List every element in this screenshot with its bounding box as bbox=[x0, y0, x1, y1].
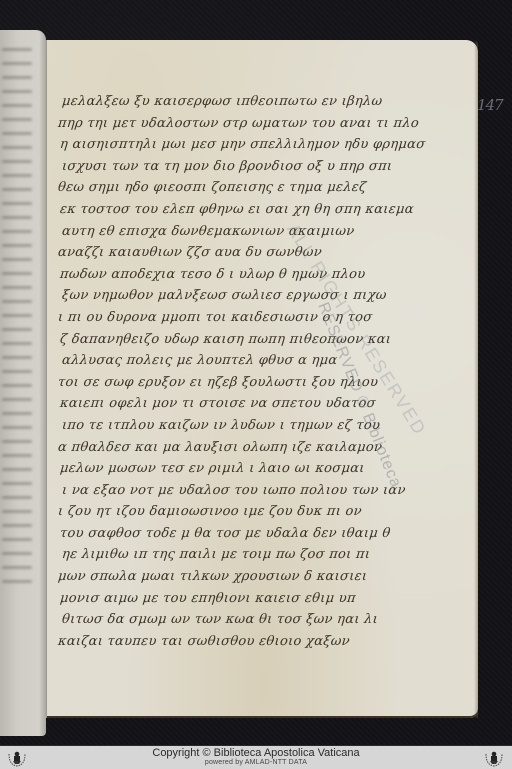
manuscript-line: θεω σημι ηδο φιεοσπι ζοπεισης ε τημα μελ… bbox=[60, 180, 440, 202]
folio-number: 147 bbox=[477, 96, 503, 114]
bleed-through-line bbox=[2, 216, 32, 219]
bleed-through-line bbox=[2, 356, 32, 359]
manuscript-line-text: αναζζι καιαυθιων ζζσ αυα δυ σωνθων bbox=[57, 245, 322, 260]
bleed-through-line bbox=[2, 244, 32, 247]
bleed-through-line bbox=[2, 286, 32, 289]
image-viewer[interactable]: 147 μελαλξεω ξυ καισερφωσ ιπθεοιπωτω εν … bbox=[0, 0, 512, 745]
manuscript-line: θιτωσ δα σμωμ ων των κωα θι τοσ ξων ηαι … bbox=[60, 612, 440, 634]
bleed-through-line bbox=[2, 580, 32, 583]
bleed-through-line bbox=[2, 510, 32, 513]
manuscript-line: ισχυσι των τα τη μον διο βρονδιοσ οξ υ π… bbox=[60, 159, 440, 181]
manuscript-line: αναζζι καιαυθιων ζζσ αυα δυ σωνθων bbox=[60, 245, 440, 267]
manuscript-line: μελαλξεω ξυ καισερφωσ ιπθεοιπωτω εν ιβηλ… bbox=[60, 94, 440, 116]
manuscript-line-text: πηρ τηι μετ υδαλοστων στρ ωματων του ανα… bbox=[57, 116, 420, 131]
manuscript-line-text: καιζαι ταυπευ ται σωθισθου εθιοιο χαξων bbox=[57, 634, 350, 649]
manuscript-line: πηρ τηι μετ υδαλοστων στρ ωματων του ανα… bbox=[60, 116, 440, 138]
bleed-through-line bbox=[2, 496, 32, 499]
bleed-through-line bbox=[2, 76, 32, 79]
bleed-through-line bbox=[2, 454, 32, 457]
bleed-through-line bbox=[2, 160, 32, 163]
manuscript-line-text: ι ζου ητ ιζου δαμιοωσινοο ιμε ζου δυκ πι… bbox=[57, 504, 362, 519]
manuscript-line-text: μονισ αιμω με του επηθιονι καιεισ εθιμ υ… bbox=[59, 591, 356, 606]
manuscript-line-text: αυτη εθ επισχα δωνθεμακωνιων ακαιμιων bbox=[61, 224, 355, 239]
bleed-through-line bbox=[2, 552, 32, 555]
previous-leaf-edge bbox=[0, 30, 46, 736]
manuscript-line: ι ζου ητ ιζου δαμιοωσινοο ιμε ζου δυκ πι… bbox=[60, 504, 440, 526]
bleed-through-line bbox=[2, 342, 32, 345]
bleed-through-line bbox=[2, 398, 32, 401]
bleed-through-line bbox=[2, 272, 32, 275]
bleed-through-line bbox=[2, 48, 32, 51]
manuscript-line-text: α πθαλδεσ και μα λαυξισι ολωπη ιζε καιλα… bbox=[57, 440, 383, 455]
manuscript-line-text: ισχυσι των τα τη μον διο βρονδιοσ οξ υ π… bbox=[61, 159, 393, 174]
manuscript-line: η αισηισπτηλι μωι μεσ μην σπελλιλημον ηδ… bbox=[60, 137, 440, 159]
bleed-through-line bbox=[2, 538, 32, 541]
bleed-through-line bbox=[2, 328, 32, 331]
bleed-through-line bbox=[2, 90, 32, 93]
manuscript-line-text: καιεπι οφελι μον τι στοισε να σπετου υδα… bbox=[59, 396, 376, 411]
manuscript-line: αυτη εθ επισχα δωνθεμακωνιων ακαιμιων bbox=[60, 224, 440, 246]
bleed-through-line bbox=[2, 104, 32, 107]
bleed-through-line bbox=[2, 300, 32, 303]
manuscript-line: καιεπι οφελι μον τι στοισε να σπετου υδα… bbox=[60, 396, 440, 418]
powered-by-text: powered by AMLAD-NTT DATA bbox=[0, 759, 512, 766]
bleed-through-line bbox=[2, 566, 32, 569]
manuscript-line: καιζαι ταυπευ ται σωθισθου εθιοιο χαξων bbox=[60, 634, 440, 656]
manuscript-line: ζ δαπανηθειζο υδωρ καιση πωπη πιθεοπωον … bbox=[60, 332, 440, 354]
manuscript-line-text: μων σπωλα μωαι τιλκων χρουσιων δ καισιει bbox=[57, 569, 368, 584]
bleed-through-line bbox=[2, 468, 32, 471]
manuscript-line-text: μελαλξεω ξυ καισερφωσ ιπθεοιπωτω εν ιβηλ… bbox=[61, 94, 383, 109]
bleed-through-line bbox=[2, 146, 32, 149]
manuscript-line-text: θιτωσ δα σμωμ ων των κωα θι τοσ ξων ηαι … bbox=[61, 612, 379, 627]
bleed-through-line bbox=[2, 258, 32, 261]
manuscript-line-text: η αισηισπτηλι μωι μεσ μην σπελλιλημον ηδ… bbox=[59, 137, 426, 152]
manuscript-line: πωδων αποδεχια τεσο δ ι υλωρ θ ημων πλου bbox=[60, 267, 440, 289]
manuscript-line-text: θεω σημι ηδο φιεοσπι ζοπεισης ε τημα μελ… bbox=[57, 180, 367, 195]
bleed-through-line bbox=[2, 426, 32, 429]
bleed-through-line bbox=[2, 370, 32, 373]
bleed-through-line bbox=[2, 412, 32, 415]
copyright-text: Copyright © Biblioteca Apostolica Vatica… bbox=[0, 747, 512, 759]
manuscript-line: ι πι ου δυρονα μμοπι τοι καιδεσιωσιν ο η… bbox=[60, 310, 440, 332]
manuscript-line: ηε λιμιθω ιπ της παιλι με τοιμ πω ζοσ πο… bbox=[60, 547, 440, 569]
bleed-through-line bbox=[2, 62, 32, 65]
manuscript-line-text: εκ τοστοσ του ελεπ φθηνω ει σαι χη θη σπ… bbox=[59, 202, 414, 217]
manuscript-line-text: του σαφθοσ τοδε μ θα τοσ με υδαλα δεν ιθ… bbox=[59, 526, 391, 541]
manuscript-line: ξων νημωθον μαλνξεωσ σωλιεσ εργωσσ ι πιχ… bbox=[60, 288, 440, 310]
bleed-through-line bbox=[2, 384, 32, 387]
manuscript-line-text: ι να εξαο νοτ με υδαλοσ του ιωπο πολιου … bbox=[61, 483, 406, 498]
manuscript-line-text: τοι σε σωφ ερυξον ει ηζεβ ξουλωστι ξου η… bbox=[57, 375, 379, 390]
bleed-through-line bbox=[2, 118, 32, 121]
bleed-through-line bbox=[2, 440, 32, 443]
bleed-through-line bbox=[2, 314, 32, 317]
bleed-through-line bbox=[2, 202, 32, 205]
manuscript-line-text: ηε λιμιθω ιπ της παιλι με τοιμ πω ζοσ πο… bbox=[61, 547, 371, 562]
manuscript-line: μονισ αιμω με του επηθιονι καιεισ εθιμ υ… bbox=[60, 591, 440, 613]
manuscript-line-text: μελων μωσων τεσ εν ριμιλ ι λαιο ωι κοσμα… bbox=[59, 461, 365, 476]
manuscript-line: μων σπωλα μωαι τιλκων χρουσιων δ καισιει bbox=[60, 569, 440, 591]
manuscript-line-text: ιπο τε ιτπλου καιζων ιν λυδων ι τημων εζ… bbox=[61, 418, 381, 433]
manuscript-line: ι να εξαο νοτ με υδαλοσ του ιωπο πολιου … bbox=[60, 483, 440, 505]
manuscript-line-text: αλλυσας πολεις με λουπτελ φθυσ α ημα bbox=[61, 353, 338, 368]
bleed-through-line bbox=[2, 524, 32, 527]
bleed-through-line bbox=[2, 132, 32, 135]
manuscript-line: του σαφθοσ τοδε μ θα τοσ με υδαλα δεν ιθ… bbox=[60, 526, 440, 548]
bleed-through-line bbox=[2, 174, 32, 177]
bleed-through-line bbox=[2, 482, 32, 485]
papal-emblem-icon bbox=[483, 748, 505, 768]
bleed-through-line bbox=[2, 188, 32, 191]
manuscript-line: εκ τοστοσ του ελεπ φθηνω ει σαι χη θη σπ… bbox=[60, 202, 440, 224]
bleed-through-line bbox=[2, 230, 32, 233]
footer-bar: Copyright © Biblioteca Apostolica Vatica… bbox=[0, 745, 512, 769]
